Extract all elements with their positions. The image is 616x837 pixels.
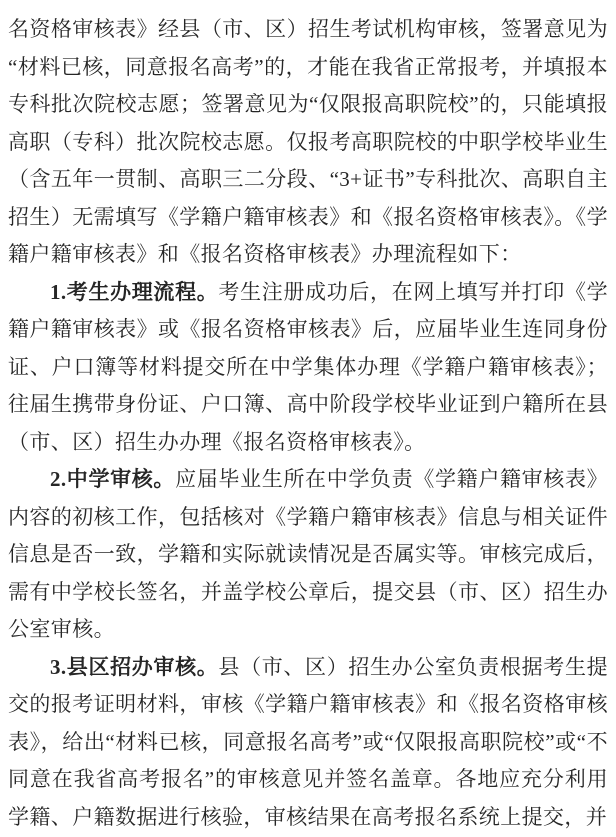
- paragraph-heading-run: 3.县区招办审核。: [50, 655, 218, 679]
- para-step-1: 1.考生办理流程。考生注册成功后，在网上填写并打印《学籍户籍审核表》或《报名资格…: [8, 274, 608, 462]
- paragraph-heading-run: 2.中学审核。: [50, 467, 175, 491]
- paragraph-text-run: 考生注册成功后，在网上填写并打印《学籍户籍审核表》或《报名资格审核表》后，应届毕…: [8, 280, 608, 454]
- para-continuation: 名资格审核表》经县（市、区）招生考试机构审核，签署意见为“材料已核，同意报名高考…: [8, 11, 608, 274]
- paragraph-heading-run: 1.考生办理流程。: [50, 280, 218, 304]
- document-body: 名资格审核表》经县（市、区）招生考试机构审核，签署意见为“材料已核，同意报名高考…: [8, 11, 608, 836]
- paragraph-text-run: 县（市、区）招生办公室负责根据考生提交的报考证明材料，审核《学籍户籍审核表》和《…: [8, 655, 608, 829]
- paragraph-text-run: 名资格审核表》经县（市、区）招生考试机构审核，签署意见为“材料已核，同意报名高考…: [8, 17, 608, 266]
- para-step-3: 3.县区招办审核。县（市、区）招生办公室负责根据考生提交的报考证明材料，审核《学…: [8, 649, 608, 837]
- paragraph-text-run: 应届毕业生所在中学负责《学籍户籍审核表》内容的初核工作，包括核对《学籍户籍审核表…: [8, 467, 608, 641]
- document-page: 名资格审核表》经县（市、区）招生考试机构审核，签署意见为“材料已核，同意报名高考…: [0, 0, 616, 837]
- para-step-2: 2.中学审核。应届毕业生所在中学负责《学籍户籍审核表》内容的初核工作，包括核对《…: [8, 461, 608, 649]
